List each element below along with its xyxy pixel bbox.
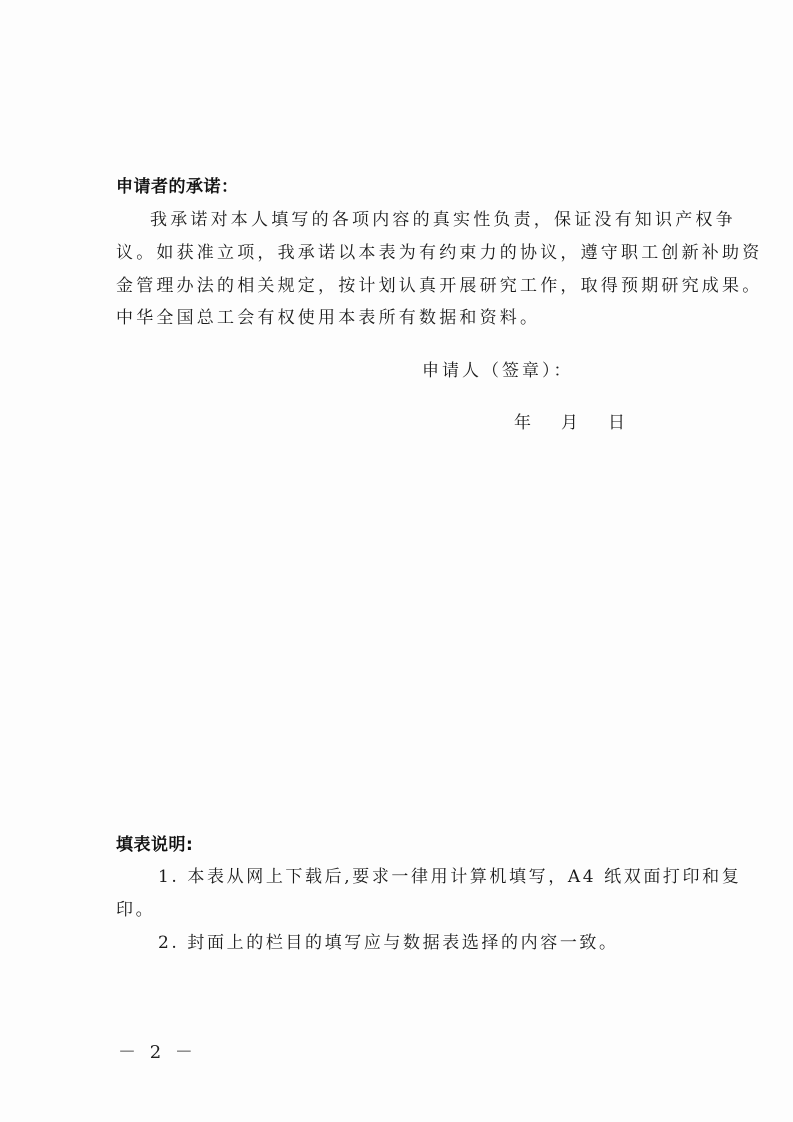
applicant-signature-label: 申请人（签章）： — [422, 356, 574, 381]
document-page: 申请者的承诺： 我承诺对本人填写的各项内容的真实性负责，保证没有知识产权争 议。… — [0, 0, 793, 1122]
instructions-heading: 填表说明: — [116, 830, 193, 855]
date-month-label: 月 — [561, 408, 578, 433]
instruction-item-1-line-2: 印。 — [116, 895, 155, 920]
commitment-heading: 申请者的承诺： — [116, 172, 239, 197]
commitment-text-line-1: 我承诺对本人填写的各项内容的真实性负责，保证没有知识产权争 — [150, 205, 736, 230]
commitment-text-line-4: 中华全国总工会有权使用本表所有数据和资料。 — [116, 303, 540, 328]
instruction-item-2: 2. 封面上的栏目的填写应与数据表选择的内容一致。 — [158, 928, 619, 953]
date-day-label: 日 — [608, 408, 625, 433]
page-number: － 2 － — [118, 1038, 197, 1064]
commitment-text-line-2: 议。如获准立项，我承诺以本表为有约束力的协议，遵守职工创新补助资 — [116, 238, 762, 263]
date-year-label: 年 — [514, 408, 531, 433]
commitment-text-line-3: 金管理办法的相关规定，按计划认真开展研究工作，取得预期研究成果。 — [116, 271, 762, 296]
instruction-item-1-line-1: 1. 本表从网上下载后,要求一律用计算机填写，A4 纸双面打印和复 — [158, 862, 741, 887]
signature-date: 年 月 日 — [514, 408, 625, 433]
